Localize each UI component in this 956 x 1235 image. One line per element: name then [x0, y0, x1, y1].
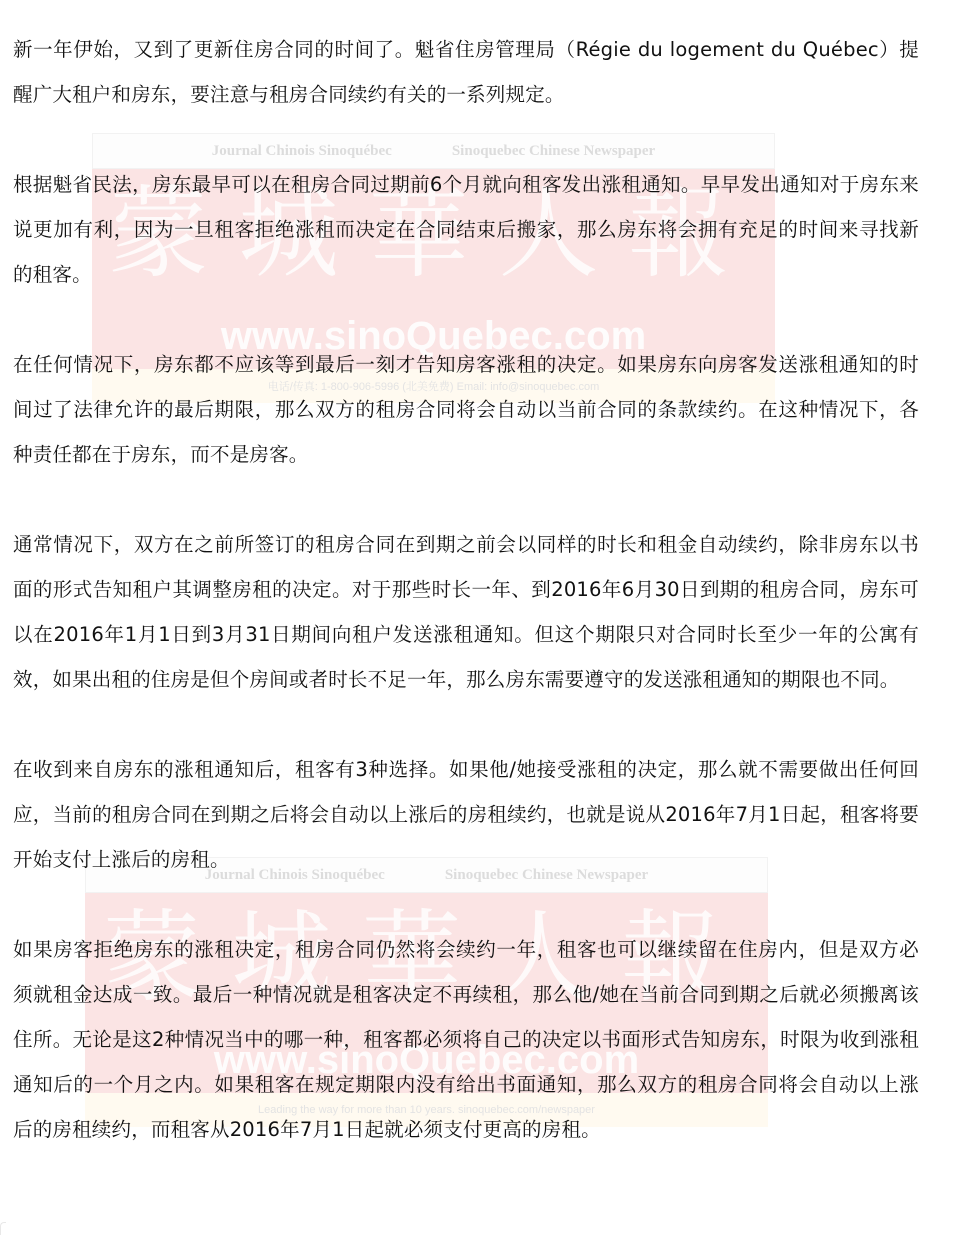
article-body: 新一年伊始，又到了更新住房合同的时间了。魁省住房管理局（Régie du log…: [13, 27, 919, 1152]
article-paragraph-refusal: 如果房客拒绝房东的涨租决定，租房合同仍然将会续约一年，租客也可以继续留在住房内，…: [13, 927, 919, 1152]
article-paragraph-deadline: 在任何情况下，房东都不应该等到最后一刻才告知房客涨租的决定。如果房东向房客发送涨…: [13, 342, 919, 477]
article-paragraph-tenant-options: 在收到来自房东的涨租通知后，租客有3种选择。如果他/她接受涨租的决定，那么就不需…: [13, 747, 919, 882]
corner-mark: [0, 1222, 6, 1235]
article-paragraph-intro: 新一年伊始，又到了更新住房合同的时间了。魁省住房管理局（Régie du log…: [13, 27, 919, 117]
article-paragraph-notice-timing: 根据魁省民法，房东最早可以在租房合同过期前6个月就向租客发出涨租通知。早早发出通…: [13, 162, 919, 297]
article-paragraph-auto-renewal: 通常情况下，双方在之前所签订的租房合同在到期之前会以同样的时长和租金自动续约，除…: [13, 522, 919, 702]
